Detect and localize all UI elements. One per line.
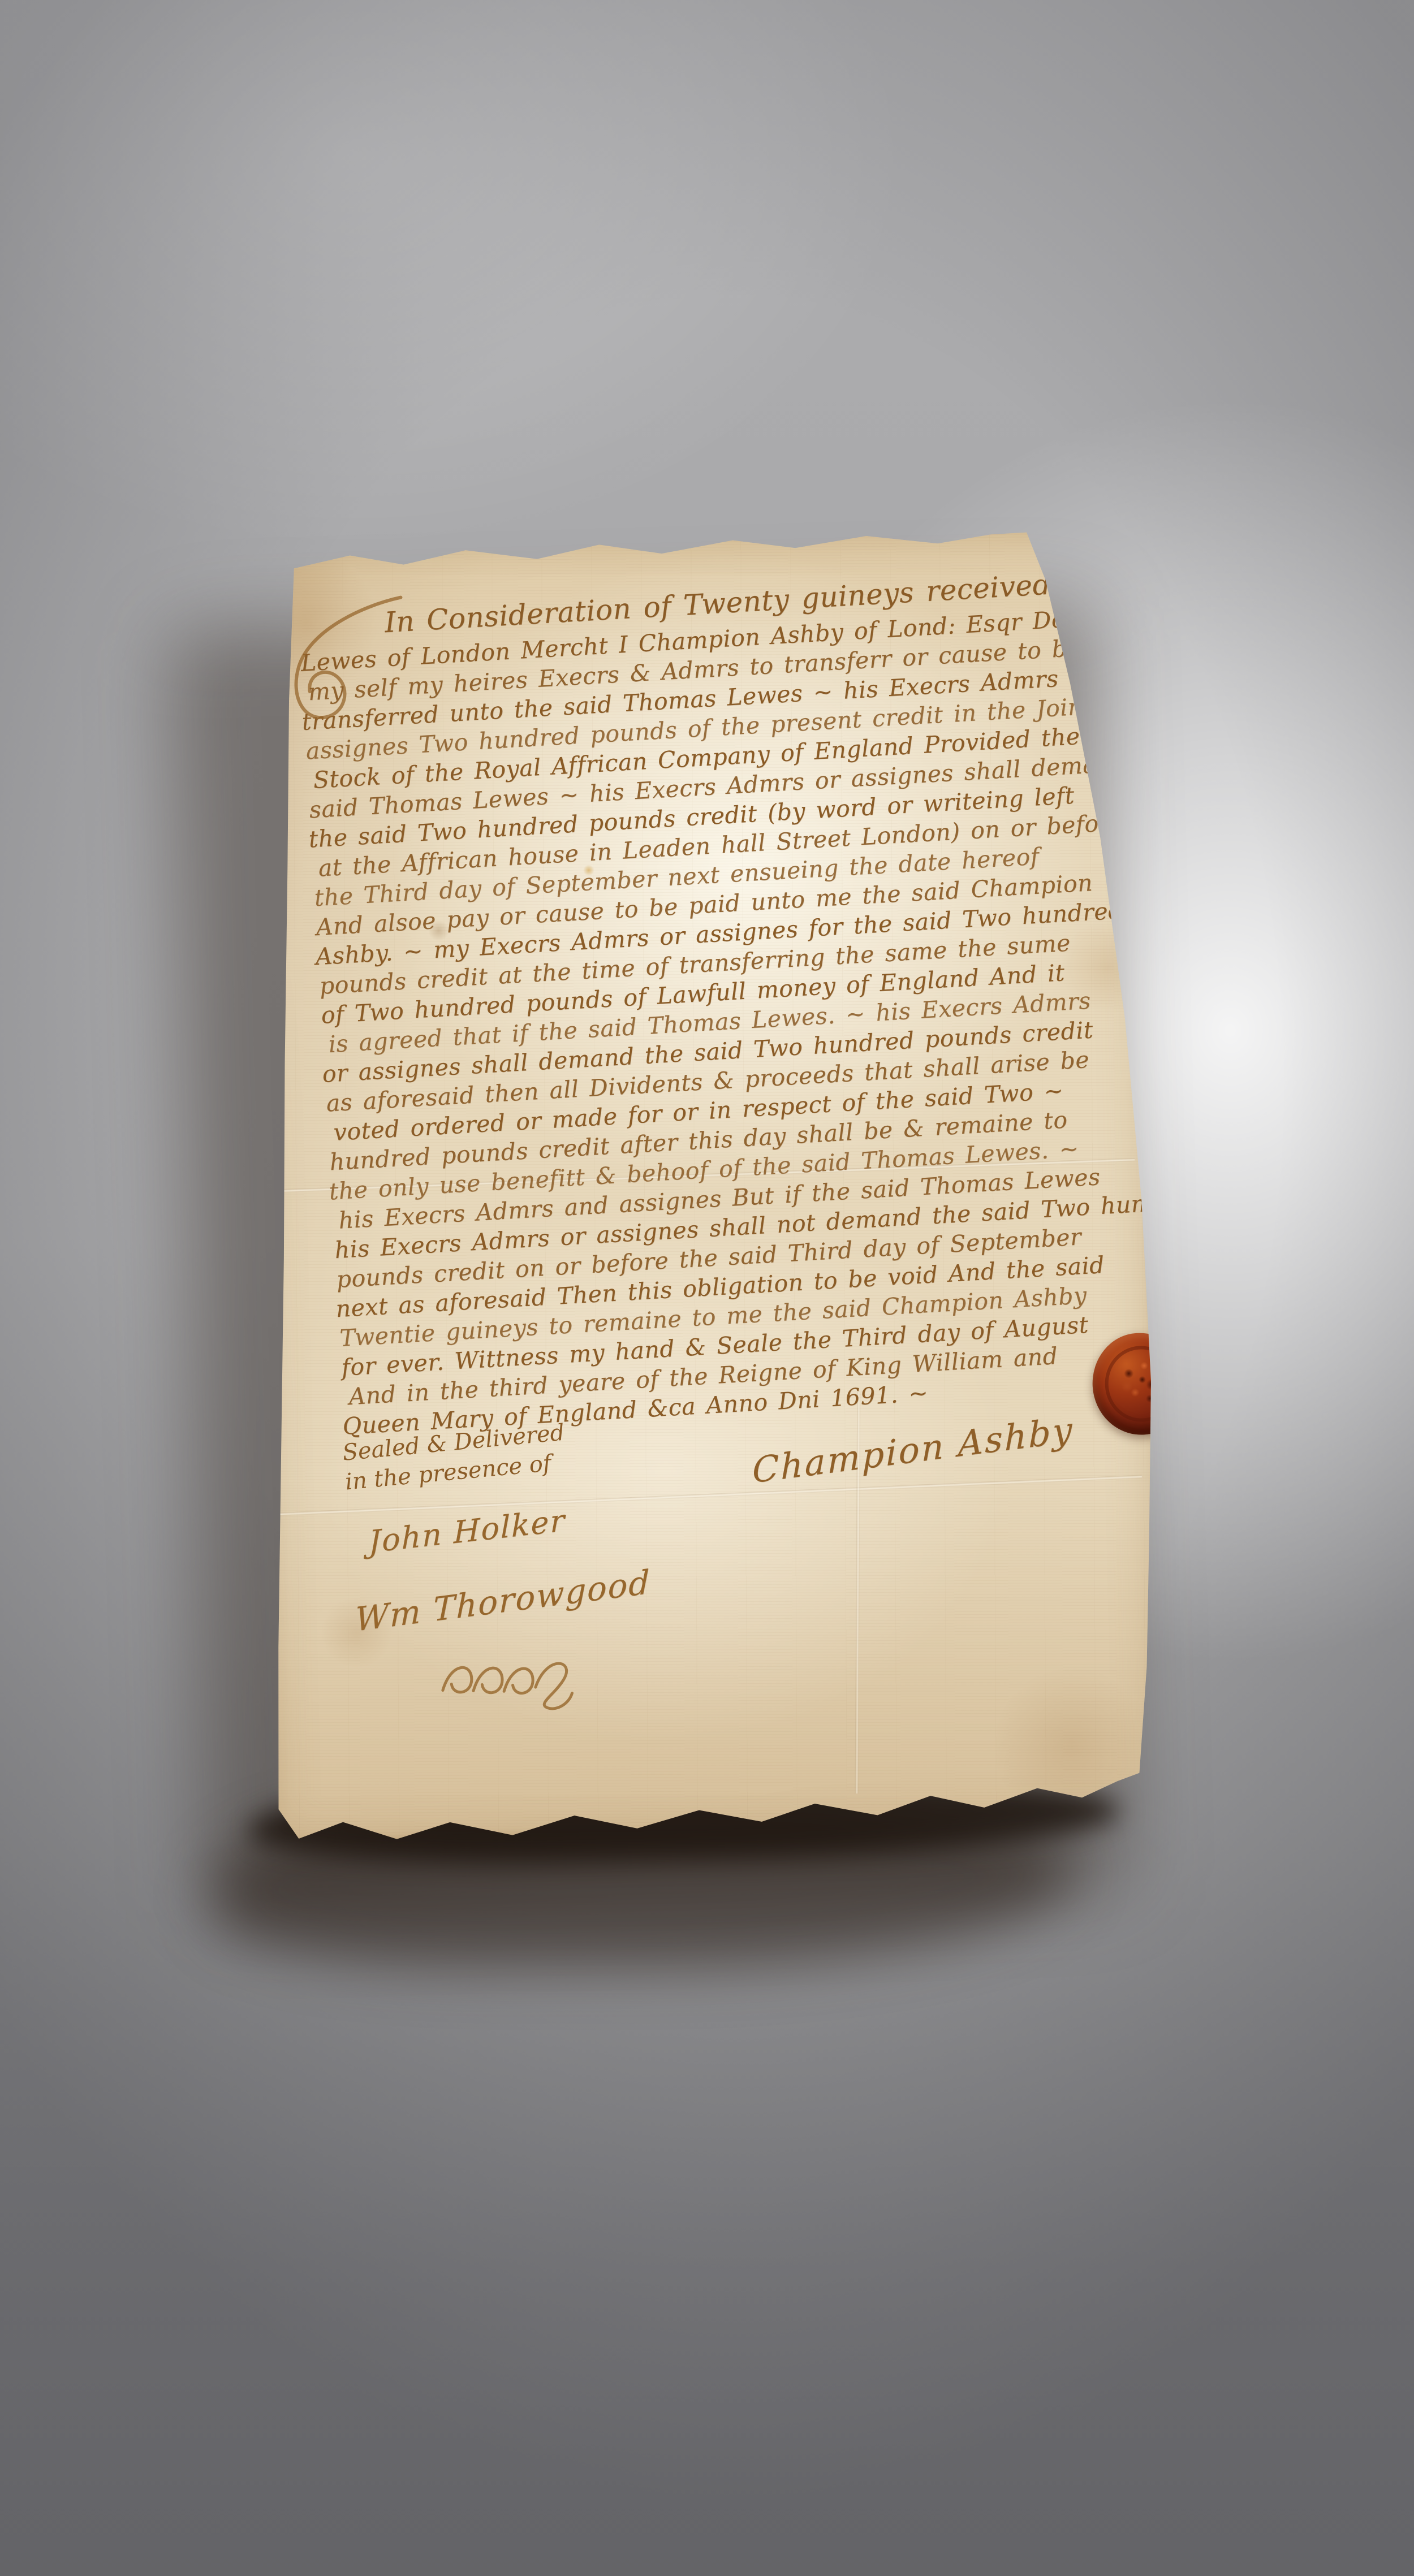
witness-signature-john-holker: John Holker <box>369 1502 566 1560</box>
photograph-of-manuscript: In Consideration of Twenty guineys recei… <box>0 0 1414 2576</box>
signature-paraph-icon <box>434 1648 596 1724</box>
wax-seal-crest <box>1103 1344 1179 1423</box>
body-text: In Consideration of Twenty guineys recei… <box>292 544 1145 1442</box>
principal-signature-champion-ashby: Champion Ashby <box>752 1408 1074 1491</box>
manuscript-paper: In Consideration of Twenty guineys recei… <box>243 526 1163 1842</box>
witness-signature-thorowgood: Wm Thorowgood <box>355 1562 651 1639</box>
manuscript-text-block: In Consideration of Twenty guineys recei… <box>292 544 1168 1829</box>
